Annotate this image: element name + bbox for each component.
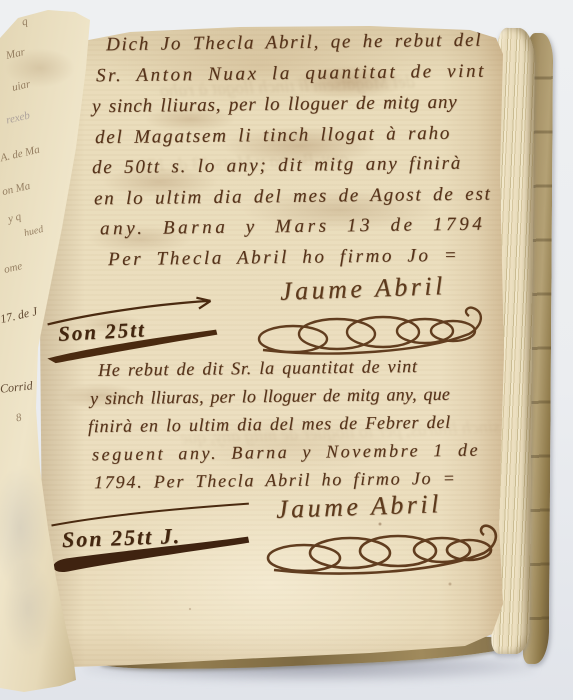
left-page-text-fragment: ome — [3, 260, 24, 276]
left-page-text-fragment: A. de Ma — [0, 144, 41, 165]
receipt1-line: del Magatsem li tinch llogat à raho — [95, 123, 451, 149]
left-page-text-fragment: rexeb — [5, 109, 31, 126]
signature-rubric-flourish — [253, 304, 493, 358]
receipt2-line: seguent any. Barna y Novembre 1 de — [92, 440, 480, 466]
margin-amount-text: Son 25tt — [57, 317, 146, 347]
receipt2-line: 1794. Per Thecla Abril ho firmo Jo = — [94, 468, 457, 493]
signature-rubric-flourish — [262, 522, 507, 578]
receipt1-line: Dich Jo Thecla Abril, qe he rebut del — [106, 30, 483, 57]
receipt1-line: en lo ultim dia del mes de Agost de est — [94, 184, 492, 211]
signature-jaume-abril: Jaume Abril — [280, 271, 447, 307]
left-page-text-fragment: Mar — [5, 46, 26, 62]
left-page-text-fragment: 8 — [15, 412, 23, 425]
receipt1-line: Per Thecla Abril ho firmo Jo = — [108, 245, 460, 271]
receipt1-line: de 50tt s. lo any; dit mitg any finirà — [92, 153, 462, 180]
left-page-text-fragment: uiar — [11, 78, 32, 94]
left-page-text-fragment: on Ma — [1, 180, 31, 198]
receipt1-line: Sr. Anton Nuax la quantitat de vint — [96, 61, 486, 88]
receipt2-line: finirà en lo ultim dia del mes de Febrer… — [88, 412, 451, 437]
receipt1-line: any. Barna y Mars 13 de 1794 — [100, 214, 486, 241]
signature-jaume-abril: Jaume Abril — [276, 489, 443, 525]
margin-amount-text: Son 25tt J. — [62, 523, 182, 553]
manuscript-page: del Magatsem li tinch llogat à raho any.… — [40, 24, 506, 668]
left-page-text-fragment: 17. de J — [0, 304, 39, 327]
left-page-text-fragment: q — [21, 16, 29, 29]
left-page-text-fragment: y q — [7, 211, 23, 226]
receipt1-line: y sinch lliuras, per lo lloguer de mitg … — [92, 92, 458, 118]
manuscript-photo-scene: del Magatsem li tinch llogat à raho any.… — [0, 0, 573, 700]
receipt2-line: He rebut de dit Sr. la quantitat de vint — [98, 356, 418, 381]
left-page-text-fragment: hued — [23, 224, 44, 239]
receipt2-line: y sinch lliuras, per lo lloguer de mitg … — [90, 384, 450, 409]
margin-amount-note-2: Son 25tt J. — [49, 498, 256, 577]
margin-amount-note-1: Son 25tt — [43, 295, 224, 364]
left-page-text-fragment: Corrid — [0, 378, 33, 396]
